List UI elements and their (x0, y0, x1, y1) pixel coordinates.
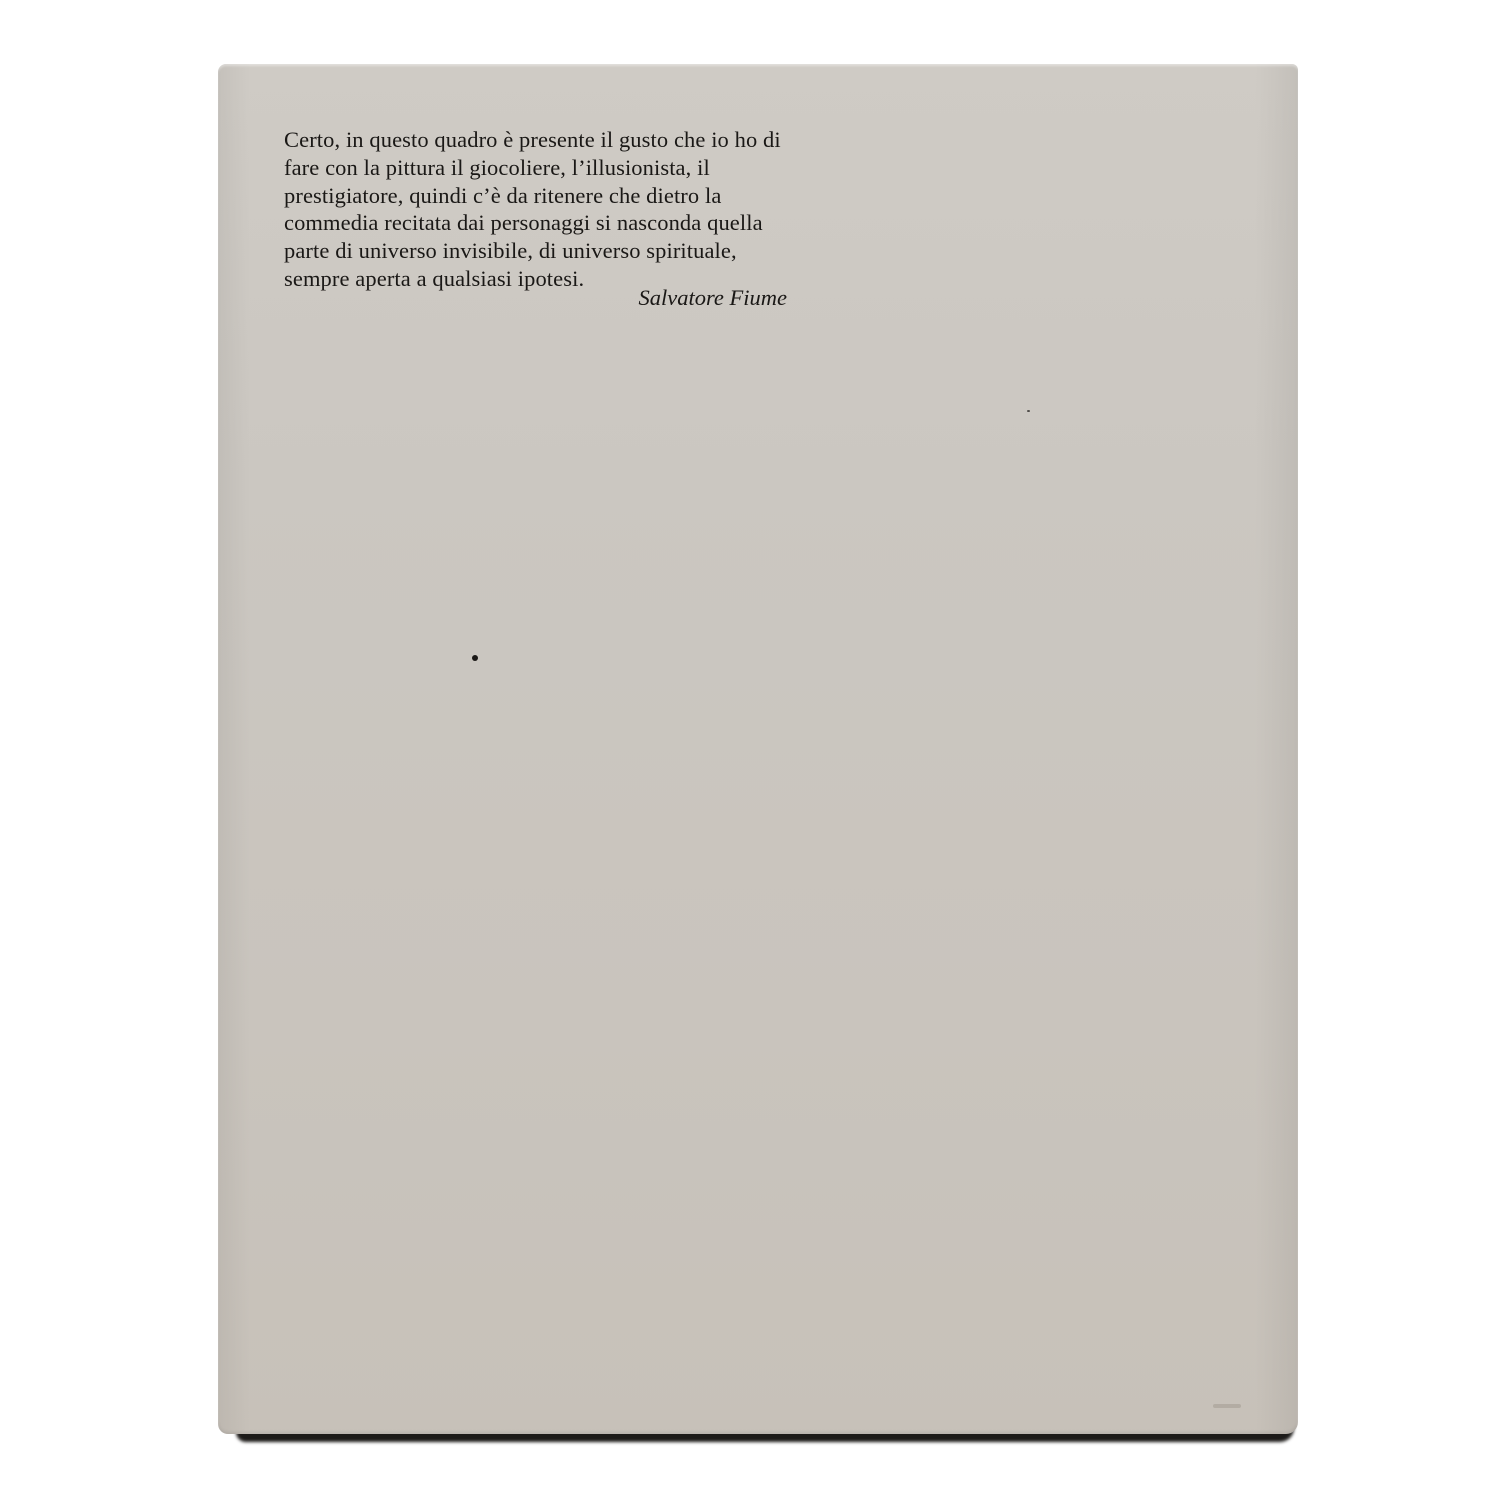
book-back-cover: Certo, in questo quadro è presente il gu… (218, 64, 1298, 1434)
quote-line: commedia recitata dai personaggi si nasc… (284, 209, 824, 237)
quote-line: parte di universo invisibile, di univers… (284, 237, 824, 265)
quotation-text: Certo, in questo quadro è presente il gu… (284, 126, 824, 293)
quote-line: Certo, in questo quadro è presente il gu… (284, 126, 824, 154)
quote-line: fare con la pittura il giocoliere, l’ill… (284, 154, 824, 182)
quote-attribution: Salvatore Fiume (284, 285, 787, 311)
cover-scuff-mark (1213, 1404, 1241, 1408)
photo-scene: Certo, in questo quadro è presente il gu… (0, 0, 1500, 1500)
dust-speck (472, 655, 478, 661)
quote-line: prestigiatore, quindi c’è da ritenere ch… (284, 182, 824, 210)
dust-speck (1027, 410, 1030, 412)
